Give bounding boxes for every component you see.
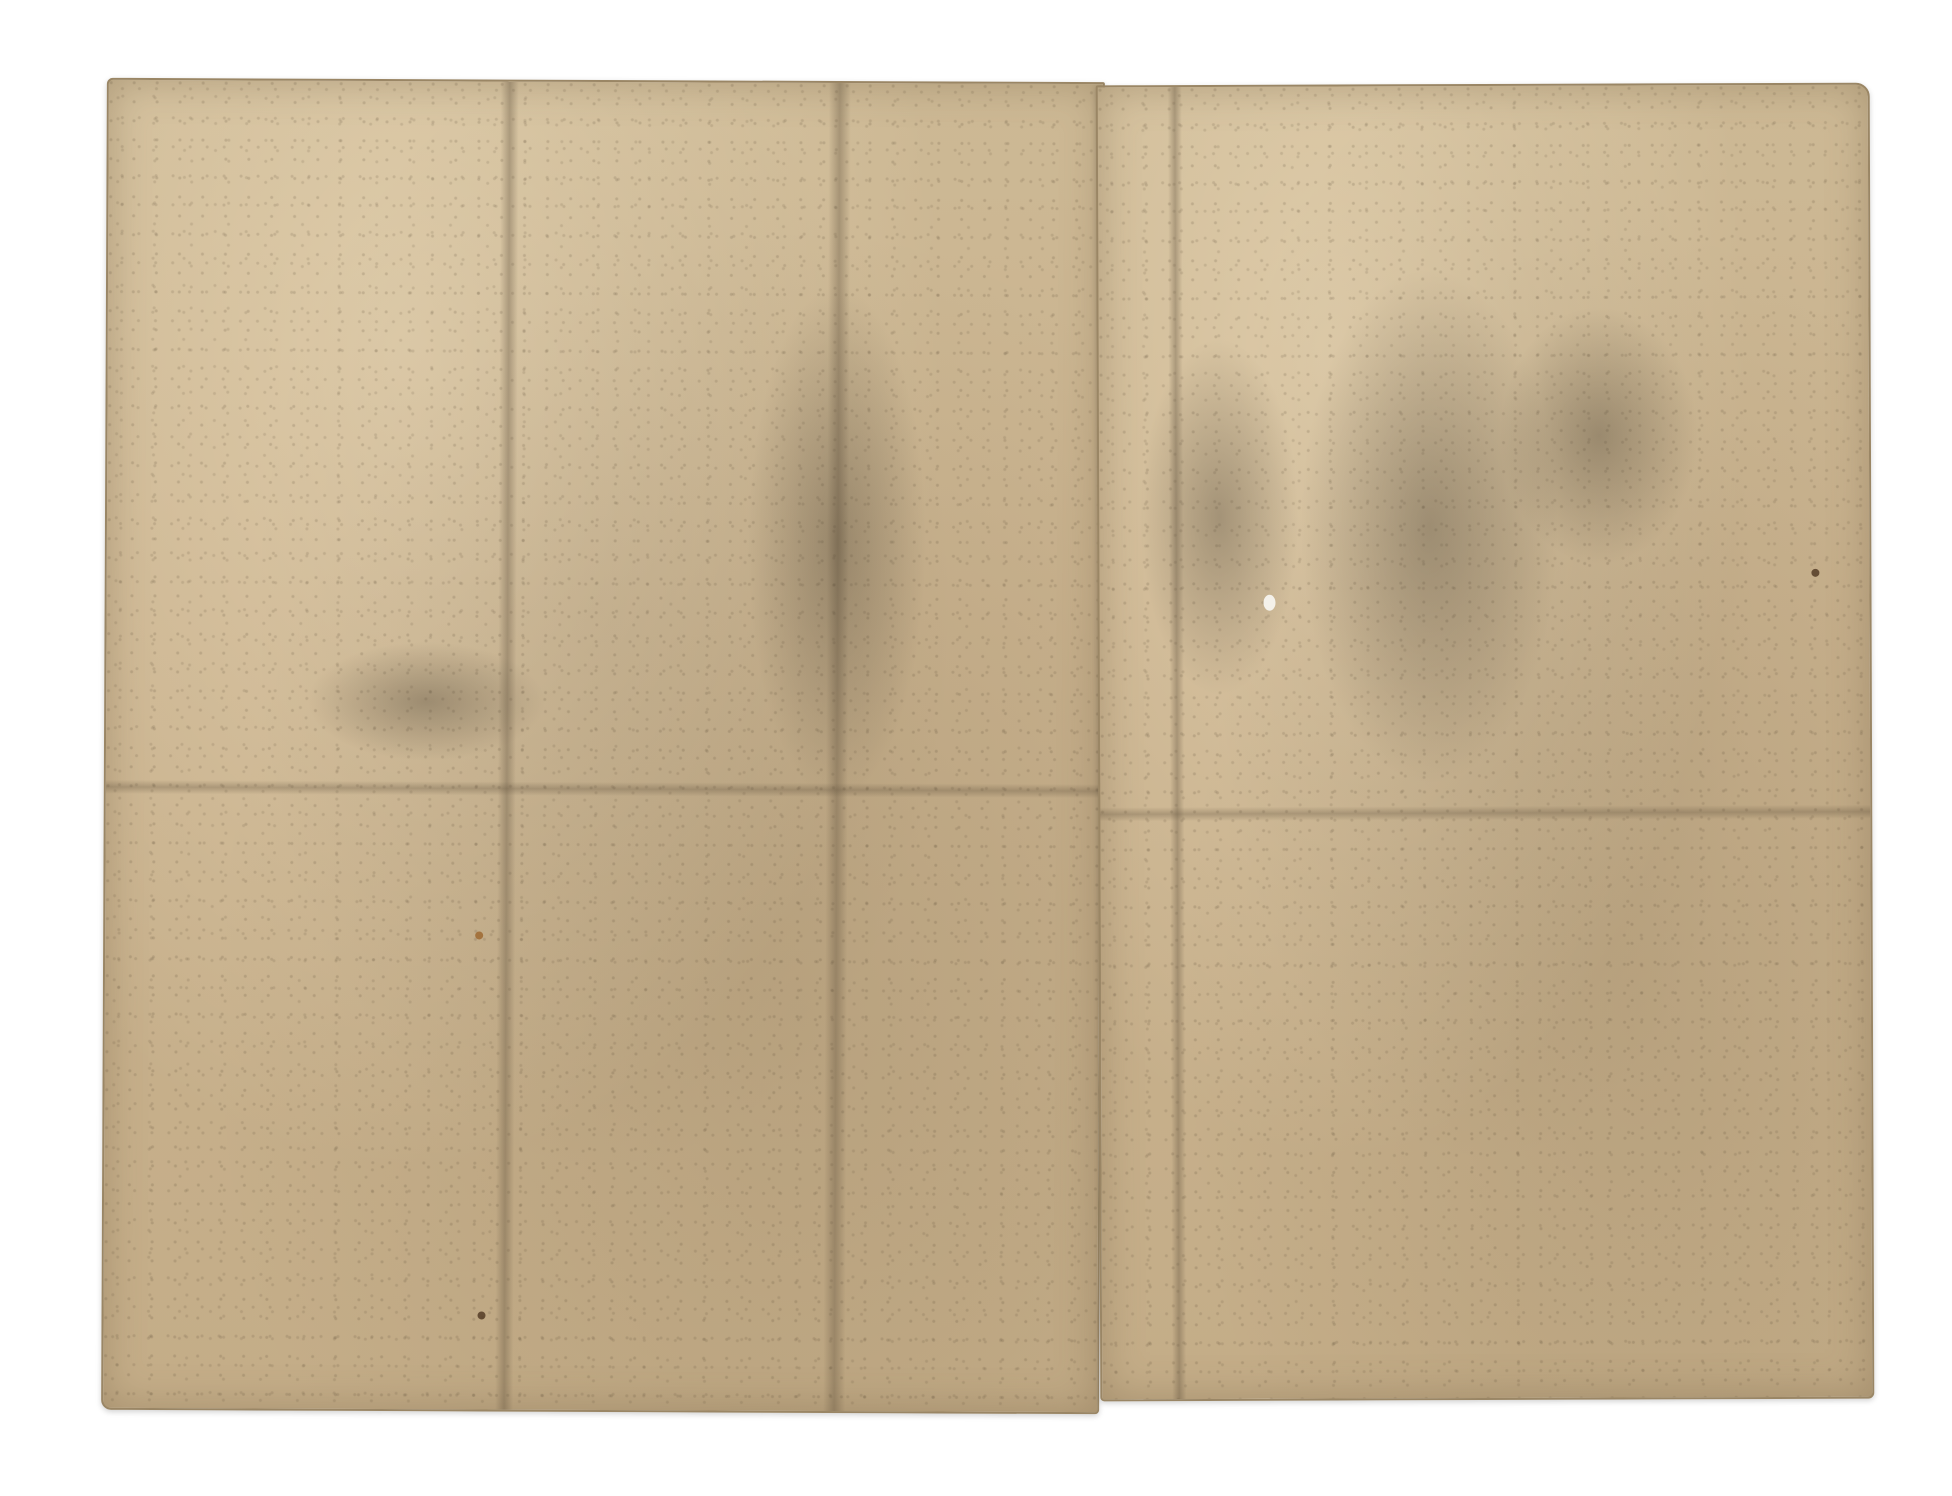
fold-crease: [1100, 805, 1870, 822]
ink-stain: [1498, 305, 1699, 566]
right-note: [1096, 83, 1875, 1402]
fold-crease: [1168, 87, 1187, 1399]
spot: [1811, 569, 1819, 577]
left-note: [101, 78, 1105, 1414]
paper-hole: [1263, 595, 1275, 611]
ink-stain: [746, 283, 928, 804]
ink-stain: [1139, 337, 1300, 698]
scan-scene: [0, 0, 1952, 1496]
spot: [477, 1311, 485, 1319]
spot: [475, 931, 483, 939]
ink-stain: [1298, 266, 1560, 787]
ink-stain: [306, 641, 547, 762]
fold-crease: [106, 780, 1100, 798]
